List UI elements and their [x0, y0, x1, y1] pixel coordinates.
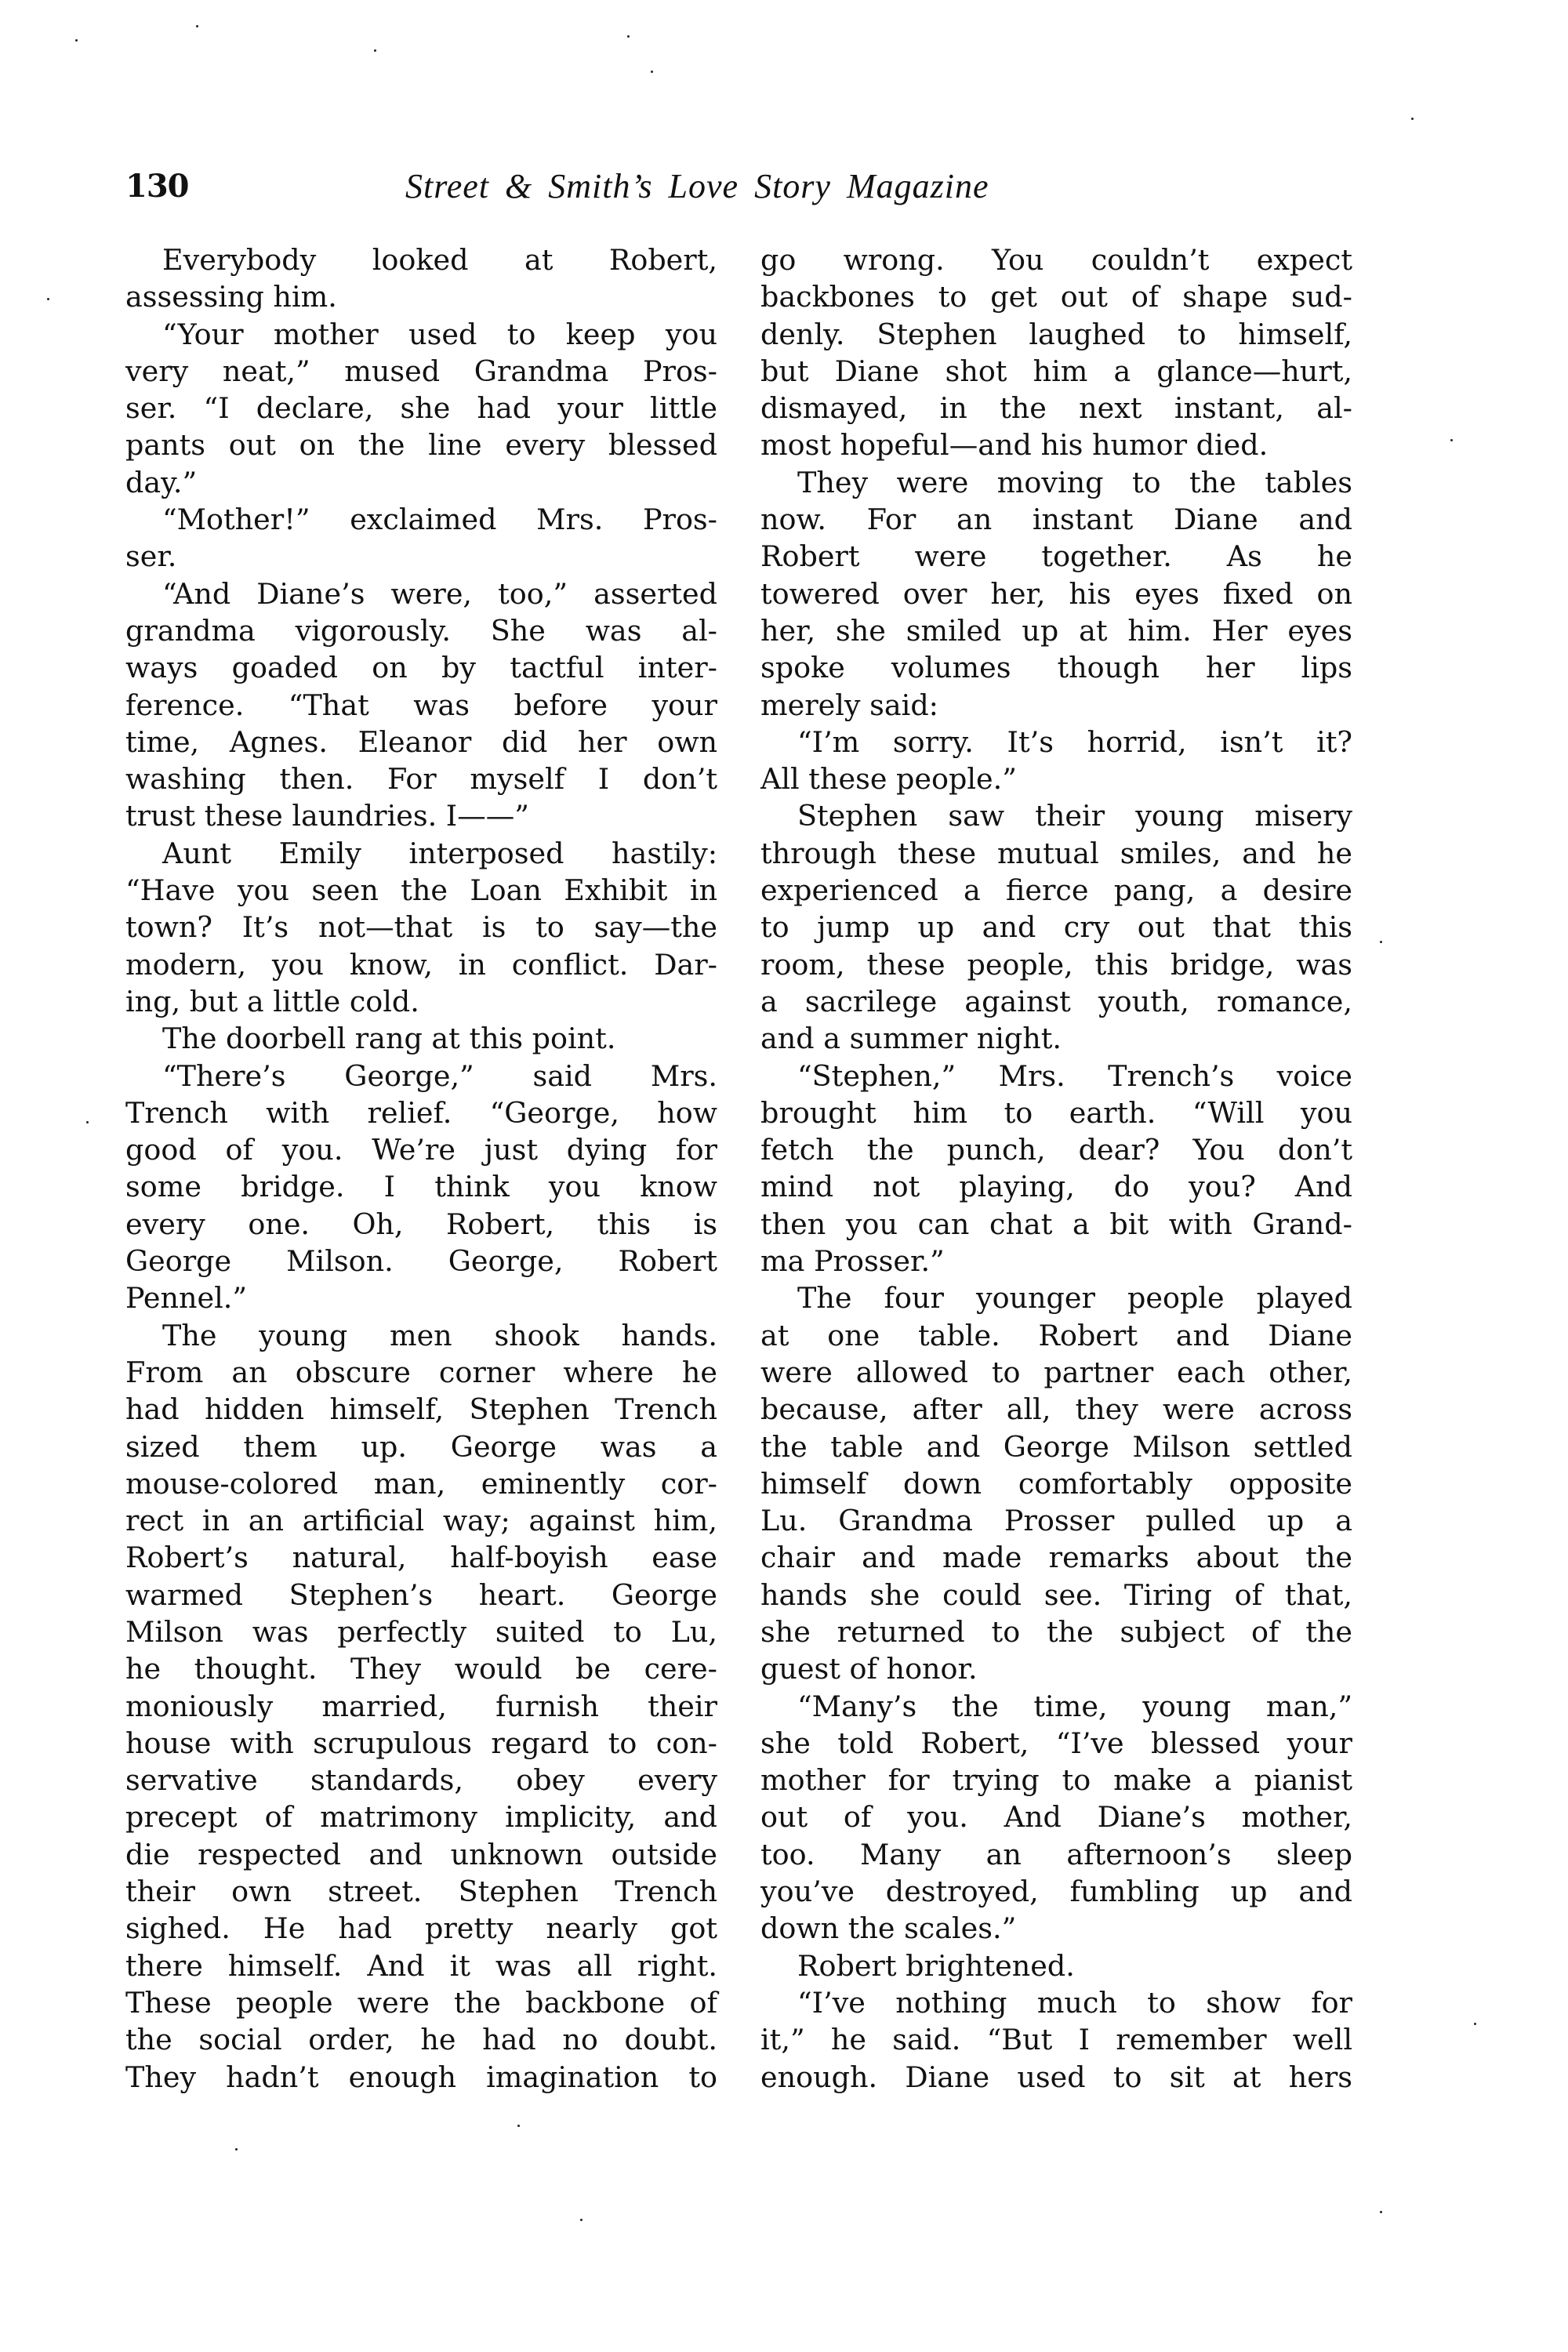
- scan-speck: [517, 2125, 520, 2127]
- text-line: out of you. And Diane’s mother,: [760, 1798, 1352, 1835]
- text-line: sighed. He had pretty nearly got: [125, 1910, 717, 1947]
- scan-speck: [580, 2219, 583, 2221]
- text-line: at one table. Robert and Diane: [760, 1317, 1352, 1354]
- text-line: The four younger people played: [760, 1279, 1352, 1316]
- text-line: die respected and unknown outside: [125, 1836, 717, 1873]
- text-line: there himself. And it was all right.: [125, 1947, 717, 1984]
- text-line: “I’m sorry. It’s horrid, isn’t it?: [760, 724, 1352, 760]
- text-line: From an obscure corner where he: [125, 1354, 717, 1391]
- scan-speck: [374, 49, 376, 52]
- scan-speck: [47, 298, 49, 300]
- text-line: denly. Stephen laughed to himself,: [760, 316, 1352, 353]
- text-line: Aunt Emily interposed hastily:: [125, 835, 717, 872]
- text-line: Everybody looked at Robert,: [125, 241, 717, 278]
- scan-speck: [1474, 2023, 1476, 2025]
- text-line: had hidden himself, Stephen Trench: [125, 1391, 717, 1428]
- text-line: she told Robert, “I’ve blessed your: [760, 1725, 1352, 1762]
- text-line: ways goaded on by tactful inter-: [125, 649, 717, 686]
- text-line: modern, you know, in conflict. Dar-: [125, 946, 717, 983]
- text-line: towered over her, his eyes fixed on: [760, 575, 1352, 612]
- text-line: mouse-colored man, eminently cor-: [125, 1465, 717, 1502]
- text-line: “Stephen,” Mrs. Trench’s voice: [760, 1058, 1352, 1094]
- text-line: her, she smiled up at him. Her eyes: [760, 612, 1352, 649]
- text-column-right: go wrong. You couldn’t expectbackbones t…: [760, 241, 1352, 2096]
- text-line: washing then. For myself I don’t: [125, 760, 717, 797]
- text-line: ma Prosser.”: [760, 1243, 1352, 1279]
- text-line: but Diane shot him a glance—hurt,: [760, 353, 1352, 390]
- text-line: mind not playing, do you? And: [760, 1168, 1352, 1205]
- text-line: very neat,” mused Grandma Pros-: [125, 353, 717, 390]
- text-line: dismayed, in the next instant, al-: [760, 390, 1352, 426]
- text-line: she returned to the subject of the: [760, 1613, 1352, 1650]
- text-line: moniously married, furnish their: [125, 1688, 717, 1725]
- text-line: enough. Diane used to sit at hers: [760, 2059, 1352, 2096]
- scan-speck: [1450, 439, 1453, 441]
- scan-speck: [86, 1121, 89, 1123]
- text-line: warmed Stephen’s heart. George: [125, 1577, 717, 1613]
- text-line: George Milson. George, Robert: [125, 1243, 717, 1279]
- text-line: sized them up. George was a: [125, 1428, 717, 1465]
- text-line: These people were the backbone of: [125, 1984, 717, 2021]
- text-line: Milson was perfectly suited to Lu,: [125, 1613, 717, 1650]
- text-line: precept of matrimony implicity, and: [125, 1798, 717, 1835]
- text-line: trust these laundries. I——”: [125, 797, 717, 834]
- text-column-left: Everybody looked at Robert,assessing him…: [125, 241, 717, 2096]
- text-line: rect in an artificial way; against him,: [125, 1502, 717, 1539]
- text-line: the table and George Milson settled: [760, 1428, 1352, 1465]
- scan-speck: [1380, 941, 1382, 943]
- scan-speck: [1411, 118, 1414, 120]
- text-line: town? It’s not—that is to say—the: [125, 909, 717, 946]
- text-line: some bridge. I think you know: [125, 1168, 717, 1205]
- text-line: mother for trying to make a pianist: [760, 1762, 1352, 1798]
- scan-speck: [235, 2148, 238, 2151]
- text-line: house with scrupulous regard to con-: [125, 1725, 717, 1762]
- text-line: The doorbell rang at this point.: [125, 1020, 717, 1057]
- text-line: ference. “That was before your: [125, 687, 717, 724]
- text-line: guest of honor.: [760, 1650, 1352, 1687]
- text-line: ser. “I declare, she had your little: [125, 390, 717, 426]
- text-line: brought him to earth. “Will you: [760, 1094, 1352, 1131]
- text-line: because, after all, they were across: [760, 1391, 1352, 1428]
- text-line: ing, but a little cold.: [125, 983, 717, 1020]
- text-line: and a summer night.: [760, 1020, 1352, 1057]
- text-line: servative standards, obey every: [125, 1762, 717, 1798]
- text-line: Trench with relief. “George, how: [125, 1094, 717, 1131]
- text-line: himself down comfortably opposite: [760, 1465, 1352, 1502]
- text-line: now. For an instant Diane and: [760, 501, 1352, 538]
- text-line: day.”: [125, 464, 717, 501]
- text-line: pants out on the line every blessed: [125, 426, 717, 463]
- text-line: every one. Oh, Robert, this is: [125, 1206, 717, 1243]
- text-line: The young men shook hands.: [125, 1317, 717, 1354]
- text-line: They were moving to the tables: [760, 464, 1352, 501]
- text-line: “Your mother used to keep you: [125, 316, 717, 353]
- text-line: “Mother!” exclaimed Mrs. Pros-: [125, 501, 717, 538]
- text-line: Stephen saw their young misery: [760, 797, 1352, 834]
- text-line: chair and made remarks about the: [760, 1539, 1352, 1576]
- text-line: you’ve destroyed, fumbling up and: [760, 1873, 1352, 1910]
- text-line: Robert were together. As he: [760, 538, 1352, 575]
- text-line: it,” he said. “But I remember well: [760, 2021, 1352, 2058]
- text-line: fetch the punch, dear? You don’t: [760, 1131, 1352, 1168]
- magazine-title: Street & Smith’s Love Story Magazine: [405, 166, 989, 206]
- text-line: through these mutual smiles, and he: [760, 835, 1352, 872]
- text-line: “Many’s the time, young man,”: [760, 1688, 1352, 1725]
- text-line: backbones to get out of shape sud-: [760, 278, 1352, 315]
- text-line: Pennel.”: [125, 1279, 717, 1316]
- text-line: “Have you seen the Loan Exhibit in: [125, 872, 717, 909]
- text-line: Lu. Grandma Prosser pulled up a: [760, 1502, 1352, 1539]
- text-line: ser.: [125, 538, 717, 575]
- text-line: a sacrilege against youth, romance,: [760, 983, 1352, 1020]
- text-line: go wrong. You couldn’t expect: [760, 241, 1352, 278]
- text-line: good of you. We’re just dying for: [125, 1131, 717, 1168]
- text-line: down the scales.”: [760, 1910, 1352, 1947]
- text-line: time, Agnes. Eleanor did her own: [125, 724, 717, 760]
- text-line: All these people.”: [760, 760, 1352, 797]
- page-number: 130: [125, 168, 189, 205]
- text-line: assessing him.: [125, 278, 717, 315]
- text-line: spoke volumes though her lips: [760, 649, 1352, 686]
- text-line: experienced a fierce pang, a desire: [760, 872, 1352, 909]
- text-line: They hadn’t enough imagination to: [125, 2059, 717, 2096]
- text-line: grandma vigorously. She was al-: [125, 612, 717, 649]
- text-line: Robert’s natural, half-boyish ease: [125, 1539, 717, 1576]
- text-line: he thought. They would be cere-: [125, 1650, 717, 1687]
- text-line: most hopeful—and his humor died.: [760, 426, 1352, 463]
- text-line: merely said:: [760, 687, 1352, 724]
- text-line: “I’ve nothing much to show for: [760, 1984, 1352, 2021]
- text-line: room, these people, this bridge, was: [760, 946, 1352, 983]
- scan-speck: [196, 25, 198, 27]
- scan-speck: [627, 35, 630, 38]
- scan-speck: [75, 39, 78, 42]
- text-line: were allowed to partner each other,: [760, 1354, 1352, 1391]
- text-line: then you can chat a bit with Grand-: [760, 1206, 1352, 1243]
- text-line: hands she could see. Tiring of that,: [760, 1577, 1352, 1613]
- text-line: Robert brightened.: [760, 1947, 1352, 1984]
- text-line: to jump up and cry out that this: [760, 909, 1352, 946]
- text-line: the social order, he had no doubt.: [125, 2021, 717, 2058]
- text-line: too. Many an afternoon’s sleep: [760, 1836, 1352, 1873]
- text-line: their own street. Stephen Trench: [125, 1873, 717, 1910]
- text-line: “And Diane’s were, too,” asserted: [125, 575, 717, 612]
- text-line: “There’s George,” said Mrs.: [125, 1058, 717, 1094]
- scan-speck: [1380, 2211, 1382, 2213]
- scan-speck: [651, 71, 653, 73]
